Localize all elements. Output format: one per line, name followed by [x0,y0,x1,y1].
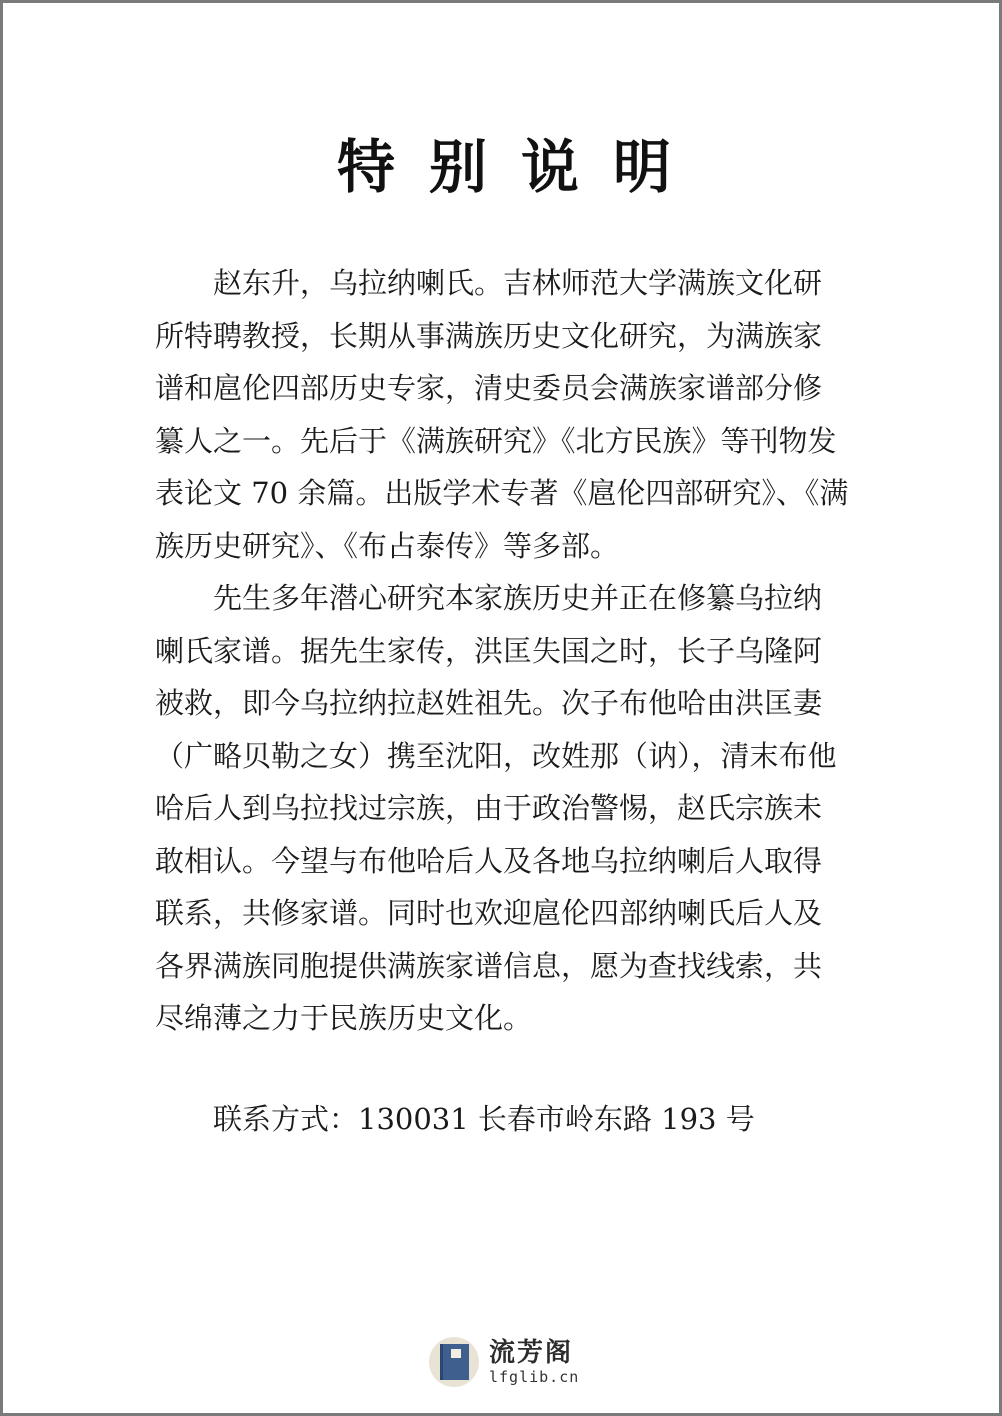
text-line: 先生多年潜心研究本家族历史并正在修纂乌拉纳 [155,572,855,625]
watermark-logo: 流芳阁 lfglib.cn [429,1337,579,1387]
text-line: 被救，即今乌拉纳拉赵姓祖先。次子布他哈由洪匡妻 [155,677,855,730]
logo-text: 流芳阁 lfglib.cn [489,1340,579,1385]
document-body: 赵东升，乌拉纳喇氏。吉林师范大学满族文化研 所特聘教授，长期从事满族历史文化研究… [155,257,855,1045]
text-line: 表论文 70 余篇。出版学术专著《扈伦四部研究》、《满 [155,467,855,520]
text-line: 敢相认。今望与布他哈后人及各地乌拉纳喇后人取得 [155,835,855,888]
contact-info: 联系方式：130031 长春市岭东路 193 号 [213,1093,755,1145]
text-line: 联系，共修家谱。同时也欢迎扈伦四部纳喇氏后人及 [155,887,855,940]
text-line: 哈后人到乌拉找过宗族，由于政治警惕，赵氏宗族未 [155,782,855,835]
text-line: 尽绵薄之力于民族历史文化。 [155,992,855,1045]
text-line: 各界满族同胞提供满族家谱信息，愿为查找线索，共 [155,940,855,993]
logo-name: 流芳阁 [489,1340,579,1366]
text-line: 族历史研究》、《布占泰传》等多部。 [155,520,855,573]
document-page: 特别说明 赵东升，乌拉纳喇氏。吉林师范大学满族文化研 所特聘教授，长期从事满族历… [0,0,1002,1416]
text-line: 纂人之一。先后于《满族研究》《北方民族》等刊物发 [155,415,855,468]
text-line: 赵东升，乌拉纳喇氏。吉林师范大学满族文化研 [155,257,855,310]
logo-url: lfglib.cn [489,1370,579,1385]
book-icon [440,1344,469,1380]
page-title: 特别说明 [3,127,1002,207]
text-line: 所特聘教授，长期从事满族历史文化研究，为满族家 [155,310,855,363]
book-label [451,1349,461,1358]
text-line: （广略贝勒之女）携至沈阳，改姓那（讷），清末布他 [155,730,855,783]
paragraph-1: 赵东升，乌拉纳喇氏。吉林师范大学满族文化研 所特聘教授，长期从事满族历史文化研究… [155,257,855,572]
paragraph-2: 先生多年潜心研究本家族历史并正在修纂乌拉纳 喇氏家谱。据先生家传，洪匡失国之时，… [155,572,855,1045]
text-line: 喇氏家谱。据先生家传，洪匡失国之时，长子乌隆阿 [155,625,855,678]
logo-badge [429,1337,479,1387]
text-line: 谱和扈伦四部历史专家，清史委员会满族家谱部分修 [155,362,855,415]
